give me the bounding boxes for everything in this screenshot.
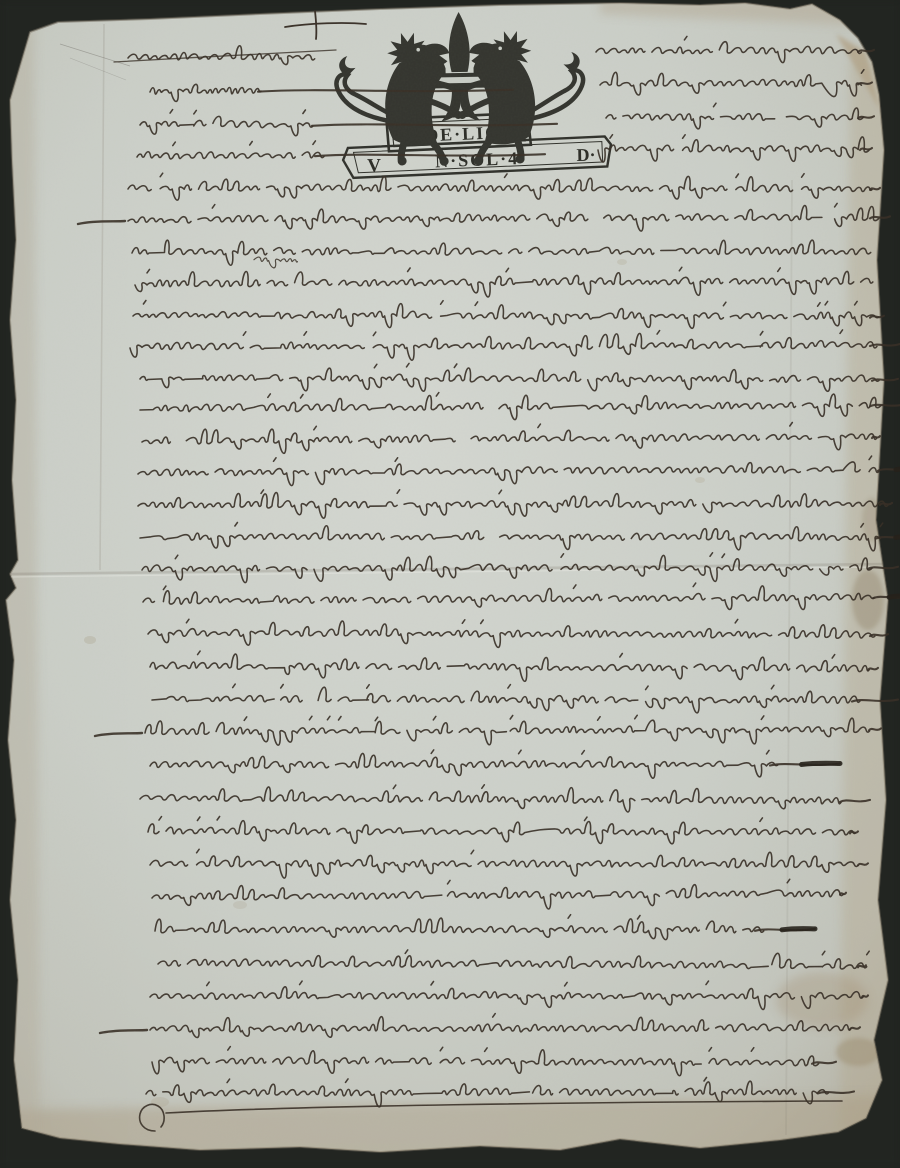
end-flourish-heavy xyxy=(896,536,900,537)
manuscript-photo: G·DE·LION V N·SOL·4 D· xyxy=(0,0,900,1168)
paper-grain-texture xyxy=(0,0,900,1168)
end-flourish-heavy xyxy=(889,596,900,597)
manuscript-scene: G·DE·LION V N·SOL·4 D· xyxy=(0,0,900,1168)
end-flourish xyxy=(880,503,892,505)
end-flourish-heavy xyxy=(896,468,900,469)
